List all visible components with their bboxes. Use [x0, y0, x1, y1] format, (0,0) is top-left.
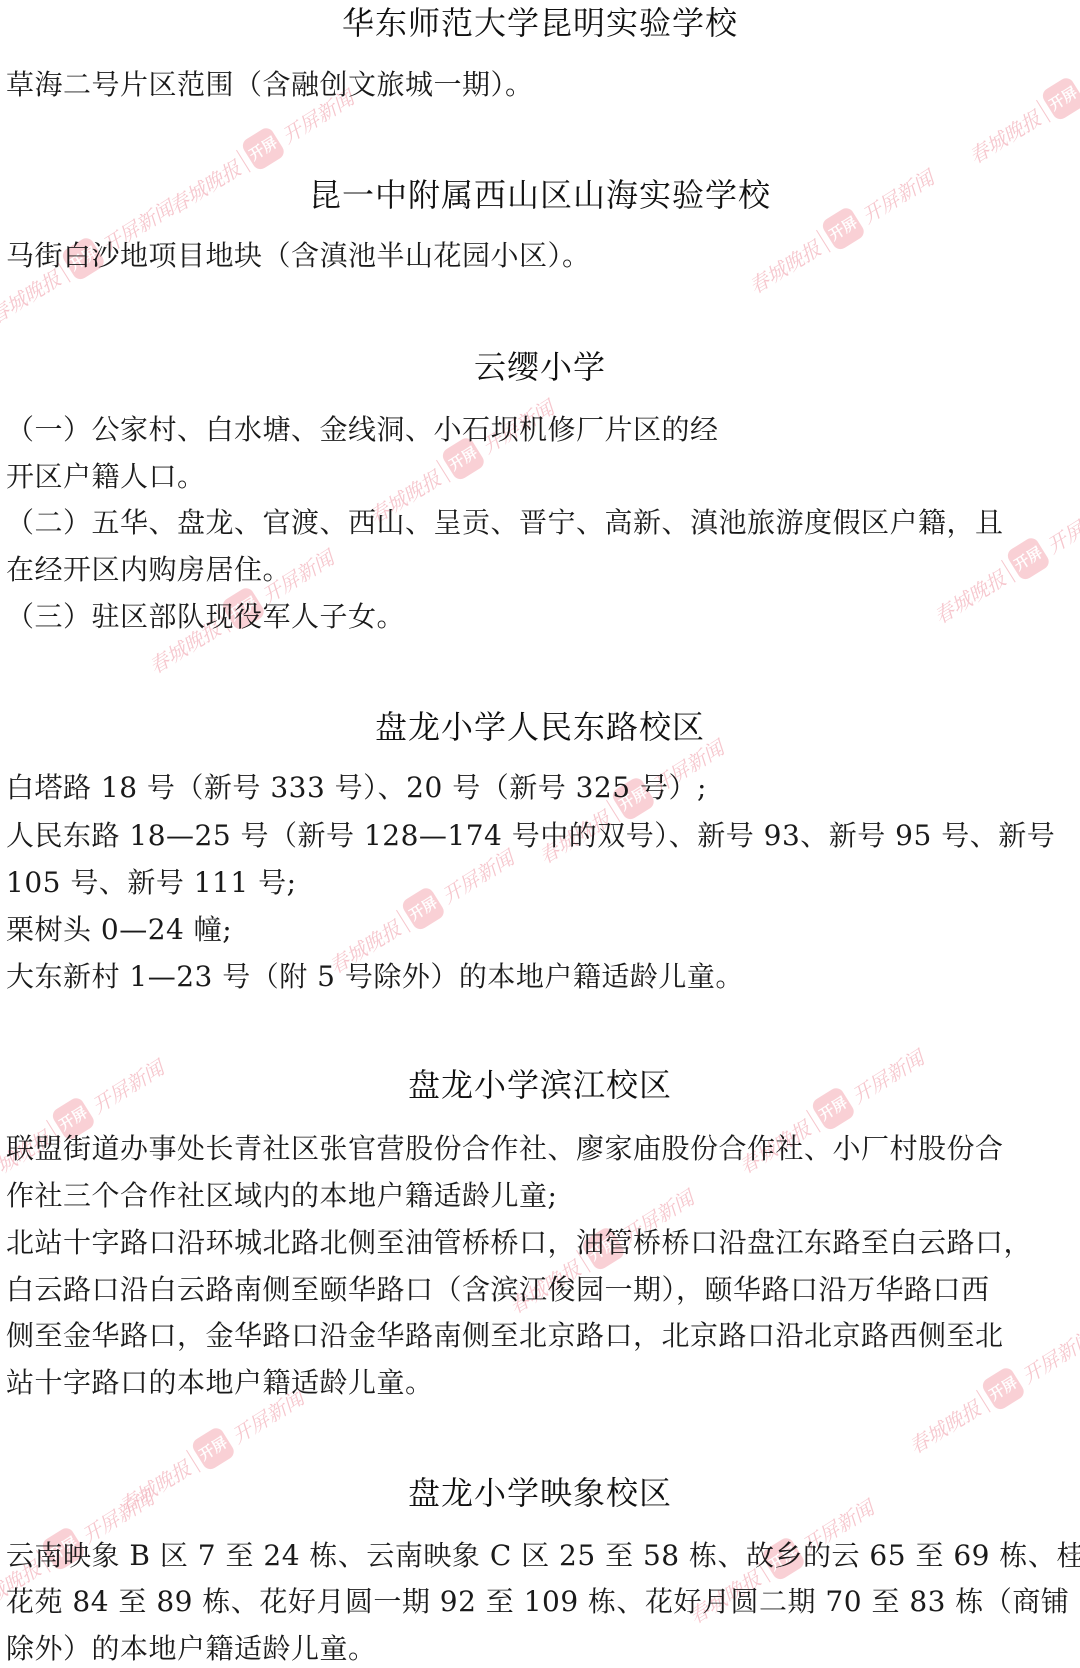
body-line: 大东新村 1—23 号（附 5 号除外）的本地户籍适龄儿童。 — [6, 957, 744, 997]
body-line: 105 号、新号 111 号; — [6, 863, 297, 903]
body-line: 草海二号片区范围（含融创文旅城一期）。 — [6, 65, 534, 105]
body-line: （三）驻区部队现役军人子女。 — [6, 597, 405, 637]
body-line: 站十字路口的本地户籍适龄儿童。 — [6, 1363, 434, 1403]
body-line: 联盟街道办事处长青社区张官营股份合作社、廖家庙股份合作社、小厂村股份合 — [6, 1129, 1004, 1169]
body-line: 北站十字路口沿环城北路北侧至油管桥桥口，油管桥桥口沿盘江东路至白云路口， — [6, 1223, 1032, 1263]
body-line: 在经开区内购房居住。 — [6, 550, 291, 590]
body-line: （二）五华、盘龙、官渡、西山、呈贡、晋宁、高新、滇池旅游度假区户籍，且 — [6, 503, 1004, 543]
section-title: 华东师范大学昆明实验学校 — [0, 3, 1080, 43]
body-line: （一）公家村、白水塘、金线洞、小石坝机修厂片区的经 — [6, 410, 719, 450]
section-title: 盘龙小学人民东路校区 — [0, 707, 1080, 747]
body-line: 开区户籍人口。 — [6, 457, 206, 497]
body-line: 白云路口沿白云路南侧至颐华路口（含滨江俊园一期），颐华路口沿万华路口西 — [6, 1270, 990, 1310]
body-line: 除外）的本地户籍适龄儿童。 — [6, 1629, 377, 1668]
body-line: 侧至金华路口，金华路口沿金华路南侧至北京路口，北京路口沿北京路西侧至北 — [6, 1316, 1004, 1356]
document-body: 华东师范大学昆明实验学校 草海二号片区范围（含融创文旅城一期）。 昆一中附属西山… — [0, 0, 1080, 1668]
section-title: 云缨小学 — [0, 347, 1080, 387]
body-line: 作社三个合作社区域内的本地户籍适龄儿童; — [6, 1176, 557, 1216]
body-line: 栗树头 0—24 幢; — [6, 910, 232, 950]
body-line: 花苑 84 至 89 栋、花好月圆一期 92 至 109 栋、花好月圆二期 70… — [6, 1582, 1069, 1622]
body-line: 白塔路 18 号（新号 333 号）、20 号（新号 325 号）; — [6, 768, 707, 808]
body-line: 人民东路 18—25 号（新号 128—174 号中的双号）、新号 93、新号 … — [6, 816, 1055, 856]
body-line: 云南映象 B 区 7 至 24 栋、云南映象 C 区 25 至 58 栋、故乡的… — [6, 1536, 1080, 1576]
section-title: 昆一中附属西山区山海实验学校 — [0, 175, 1080, 215]
section-title: 盘龙小学映象校区 — [0, 1473, 1080, 1513]
section-title: 盘龙小学滨江校区 — [0, 1065, 1080, 1105]
body-line: 马街白沙地项目地块（含滇池半山花园小区）。 — [6, 236, 591, 276]
